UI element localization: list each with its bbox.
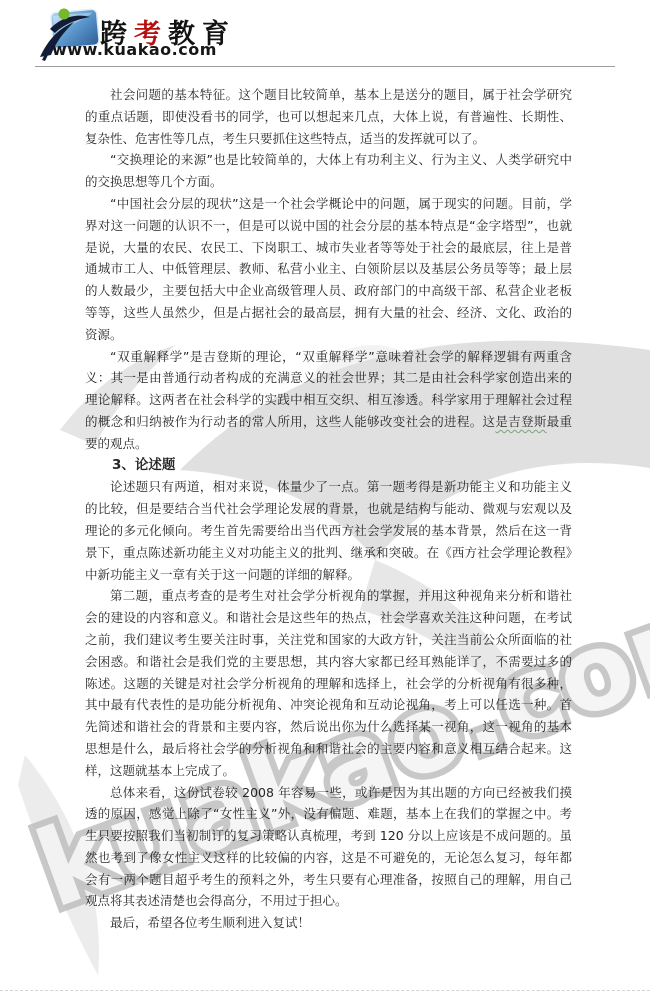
header: 跨考教育 www.kuakao.com: [0, 0, 650, 70]
section-heading-essay-questions: 3、论述题: [85, 455, 572, 477]
paragraph-overall-summary: 总体来看，这份试卷较 2008 年容易一些，或许是因为其出题的方向已经被我们摸透…: [85, 782, 572, 913]
document-content: 社会问题的基本特征。这个题目比较简单，基本上是送分的题目，属于社会学研究的重点话…: [85, 84, 572, 934]
paragraph-closing-wish: 最后，希望各位考生顺利进入复试！: [85, 912, 572, 934]
paragraph-essay-question-two: 第二题，重点考查的是考生对社会学分析视角的掌握，并用这种视角来分析和谐社会的建设…: [85, 585, 572, 781]
brand-url: www.kuakao.com: [52, 40, 217, 59]
paragraph-social-stratification: “中国社会分层的现状”这是一个社会学概论中的问题，属于现实的问题。目前，学界对这…: [85, 193, 572, 346]
paragraph-essay-question-one: 论述题只有两道，相对来说，体量少了一点。第一题考得是新功能主义和功能主义的比较，…: [85, 476, 572, 585]
paragraph-double-hermeneutics: “双重解释学”是吉登斯的理论，“双重解释学”意味着社会学的解释逻辑有两重含义：其…: [85, 346, 572, 455]
header-divider: [35, 66, 615, 67]
paragraph-exchange-theory: “交换理论的来源”也是比较简单的，大体上有功利主义、行为主义、人类学研究中的交换…: [85, 149, 572, 193]
paragraph-social-problem-features: 社会问题的基本特征。这个题目比较简单，基本上是送分的题目，属于社会学研究的重点话…: [85, 84, 572, 149]
footer-divider: [0, 990, 650, 991]
spellcheck-underlined-text: 是吉登斯: [495, 414, 546, 429]
document-page: kuakao.com 跨考教育 www.kuakao.: [0, 0, 650, 994]
